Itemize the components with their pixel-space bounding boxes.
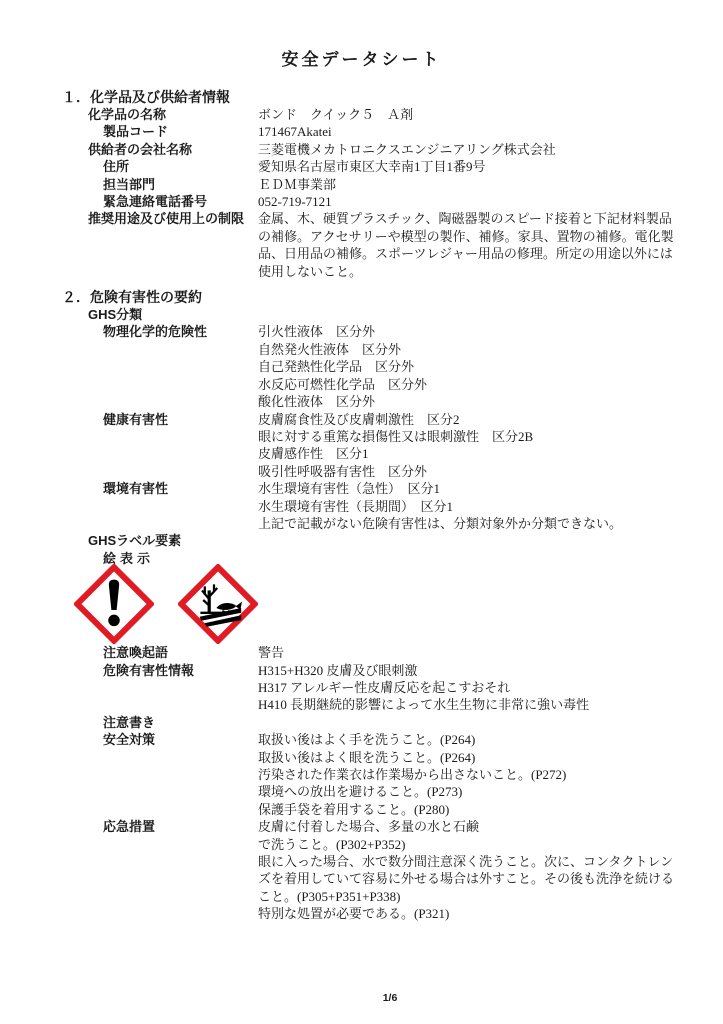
- field-label: 製品コード: [103, 123, 168, 140]
- ghs-classification-heading: GHS分類: [88, 306, 723, 323]
- field-label: 担当部門: [103, 176, 155, 193]
- page-title: 安全データシート: [0, 49, 723, 71]
- row-chemical-name: 化学品の名称 ボンド クイック５ Ａ剤: [0, 106, 723, 123]
- row-physical-chemical-hazards: 物理化学的危険性 引火性液体 区分外 自然発火性液体 区分外 自己発熱性化学品 …: [0, 323, 723, 410]
- ghs07-exclamation-mark-icon: [74, 564, 154, 644]
- field-label: 注意喚起語: [103, 644, 168, 661]
- section2-heading: ２．危険有害性の要約: [62, 288, 723, 306]
- field-value: 取扱い後はよく手を洗うこと。(P264) 取扱い後はよく眼を洗うこと。(P264…: [258, 731, 704, 818]
- ghs-pictograms: [74, 564, 723, 644]
- row-recommended-use: 推奨用途及び使用上の制限 金属、木、硬質プラスチック、陶磁器製のスピード接着と下…: [0, 210, 723, 280]
- field-label: 環境有害性: [103, 480, 168, 497]
- section1-heading: １．化学品及び供給者情報: [62, 88, 723, 106]
- row-department: 担当部門 ＥＤＭ事業部: [0, 176, 723, 193]
- field-value: 三菱電機メカトロニクスエンジニアリング株式会社: [258, 141, 704, 158]
- field-value: 引火性液体 区分外 自然発火性液体 区分外 自己発熱性化学品 区分外 水反応可燃…: [258, 323, 704, 410]
- field-value: 金属、木、硬質プラスチック、陶磁器製のスピード接着と下記材料製品 の補修。アクセ…: [258, 210, 704, 280]
- page-number: 1/6: [330, 992, 450, 1004]
- field-value: 皮膚腐食性及び皮膚刺激性 区分2 眼に対する重篤な損傷性又は眼刺激性 区分2B …: [258, 411, 704, 481]
- field-label: 健康有害性: [103, 411, 168, 428]
- ghs09-environment-icon: [178, 564, 258, 644]
- row-hazard-statements: 危険有害性情報 H315+H320 皮膚及び眼刺激 H317 アレルギー性皮膚反…: [0, 662, 723, 714]
- field-label: 緊急連絡電話番号: [103, 193, 207, 210]
- row-environmental-hazards: 環境有害性 水生環境有害性（急性） 区分1 水生環境有害性（長期間） 区分1 上…: [0, 480, 723, 532]
- ghs-label-elements-heading: GHSラベル要素: [88, 532, 723, 549]
- field-label: 危険有害性情報: [103, 662, 194, 679]
- field-value: 171467Akatei: [258, 123, 704, 140]
- field-value: ＥＤＭ事業部: [258, 176, 704, 193]
- row-emergency-phone: 緊急連絡電話番号 052-719-7121: [0, 193, 723, 210]
- field-value: 皮膚に付着した場合、多量の水と石鹸 で洗うこと。(P302+P352) 眼に入っ…: [258, 818, 704, 922]
- field-label: 安全対策: [103, 731, 155, 748]
- row-signal-word: 注意喚起語 警告: [0, 644, 723, 661]
- row-precautionary-statements: 注意書き: [0, 714, 723, 731]
- field-label: 物理化学的危険性: [103, 323, 207, 340]
- row-supplier-name: 供給者の会社名称 三菱電機メカトロニクスエンジニアリング株式会社: [0, 141, 723, 158]
- field-label: 化学品の名称: [88, 106, 166, 123]
- field-label: 推奨用途及び使用上の制限: [88, 210, 244, 227]
- field-value: 警告: [258, 644, 704, 661]
- field-value: 052-719-7121: [258, 193, 704, 210]
- row-address: 住所 愛知県名古屋市東区大幸南1丁目1番9号: [0, 158, 723, 175]
- field-value: 水生環境有害性（急性） 区分1 水生環境有害性（長期間） 区分1 上記で記載がな…: [258, 480, 704, 532]
- row-product-code: 製品コード 171467Akatei: [0, 123, 723, 140]
- field-value: H315+H320 皮膚及び眼刺激 H317 アレルギー性皮膚反応を起こすおそれ…: [258, 662, 704, 714]
- row-prevention: 安全対策 取扱い後はよく手を洗うこと。(P264) 取扱い後はよく眼を洗うこと。…: [0, 731, 723, 818]
- sds-document-page: 安全データシート １．化学品及び供給者情報 化学品の名称 ボンド クイック５ Ａ…: [0, 0, 723, 1024]
- field-label: 応急措置: [103, 818, 155, 835]
- field-label: 注意書き: [103, 714, 155, 731]
- field-value: 愛知県名古屋市東区大幸南1丁目1番9号: [258, 158, 704, 175]
- row-response: 応急措置 皮膚に付着した場合、多量の水と石鹸 で洗うこと。(P302+P352)…: [0, 818, 723, 922]
- field-label: 供給者の会社名称: [88, 141, 192, 158]
- field-label: 住所: [103, 158, 129, 175]
- row-health-hazards: 健康有害性 皮膚腐食性及び皮膚刺激性 区分2 眼に対する重篤な損傷性又は眼刺激性…: [0, 411, 723, 481]
- field-value: ボンド クイック５ Ａ剤: [258, 106, 704, 123]
